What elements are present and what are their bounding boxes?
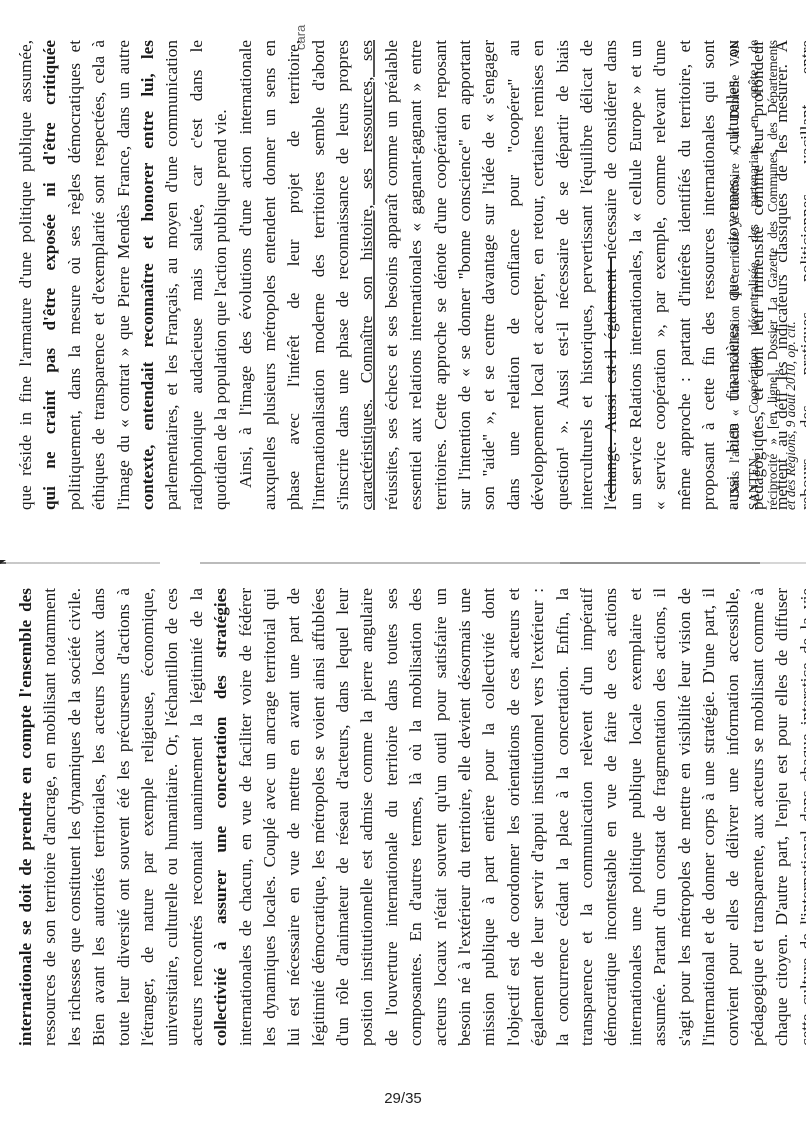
text-line: les dynamiques locales. Couplé avec un a…	[258, 588, 282, 1046]
text-line: mission publique à part entière pour la …	[477, 588, 501, 1046]
text-line: l'objectif est de coordonner les orienta…	[502, 588, 526, 1046]
text-line: chaque citoyen. D'autre part, l'enjeu es…	[770, 588, 794, 1046]
text-line: même approche : partant d'intérêts ident…	[673, 40, 697, 510]
text-line: essentiel aux relations internationales …	[404, 40, 428, 510]
text-line: proposant à cette fin des ressources int…	[697, 40, 721, 510]
text-line: territoires. Cette approche se dénote d'…	[429, 40, 453, 510]
text-line: composantes. En d'autres termes, là où l…	[404, 588, 428, 1046]
text-line: dans une relation de confiance pour "coo…	[502, 40, 526, 510]
text-line: développement local et accepter, en reto…	[526, 40, 550, 510]
text-line: transparence et la communication relèven…	[575, 588, 599, 1046]
fold-marker	[0, 560, 6, 564]
footnote-line: ¹ Dans l'article « Une mobilisation de t…	[726, 40, 745, 510]
text-line: qui ne craint pas d'être exposée ni d'êt…	[38, 40, 62, 510]
page-fold-line	[0, 562, 806, 564]
text-line: assumée. Partant d'un constat de fragmen…	[648, 588, 672, 1046]
text-line: cette culture de l'international dans ch…	[795, 588, 806, 1046]
text-line: pédagogique et transparente, aux acteurs…	[746, 588, 770, 1046]
text-line: auxquelles plusieurs métropoles entenden…	[258, 40, 282, 510]
text-line: éthiques de transparence et d'exemplarit…	[87, 40, 111, 510]
footnote-line: et des Régions, 9 août 2010, op. cit.	[782, 40, 801, 510]
text-line: universitaire, culturelle ou humanitaire…	[160, 588, 184, 1046]
text-line: parlementaires, et les Français, au moye…	[160, 40, 184, 510]
text-line: l'international et de donner corps à une…	[697, 588, 721, 1046]
text-line: acteurs locaux n'était souvent qu'un out…	[429, 588, 453, 1046]
text-line: les richesses que constituent les dynami…	[63, 588, 87, 1046]
text-line: également de leur servir d'appui institu…	[526, 588, 550, 1046]
text-line: convient pour elles de délivrer une info…	[721, 588, 745, 1046]
text-line: l'internationalisation moderne des terri…	[307, 40, 331, 510]
text-line: toute leur diversité ont souvent été les…	[112, 588, 136, 1046]
text-line: la concurrence cédant la place à la conc…	[551, 588, 575, 1046]
text-line: internationales de chacun, en vue de fac…	[234, 588, 258, 1046]
text-line: s'agit pour les métropoles de mettre en …	[673, 588, 697, 1046]
text-line: internationale se doit de prendre en com…	[14, 588, 38, 1046]
text-line: démocratique incontestable en vue de fai…	[599, 588, 623, 1046]
bottom-column: internationale se doit de prendre en com…	[14, 588, 804, 1046]
text-line: « service coopération », par exemple, co…	[648, 40, 672, 510]
text-line: son "aide" », et se centre davantage sur…	[477, 40, 501, 510]
text-line: phase avec l'intérêt de leur projet de t…	[282, 40, 306, 510]
footnote-line: réciprocité » [en ligne], Dossier La Gaz…	[764, 40, 783, 510]
text-line: besoin né à l'extérieur du territoire, e…	[453, 588, 477, 1046]
text-line: s'inscrire dans une phase de reconnaissa…	[331, 40, 355, 510]
text-line: Ainsi, à l'image des évolutions d'une ac…	[234, 40, 258, 510]
text-line: quotidien de la population que l'action …	[209, 40, 233, 510]
text-line: réussites, ses échecs et ses besoins app…	[380, 40, 404, 510]
text-line: un service Relations internationales, la…	[624, 40, 648, 510]
text-line: l'image du « contrat » que Pierre Mendès…	[112, 40, 136, 510]
text-line: politiquement, dans la mesure où ses règ…	[63, 40, 87, 510]
text-line: lui est nécessaire en vue de mettre en a…	[282, 588, 306, 1046]
text-line: légitimité démocratique, les métropoles …	[307, 588, 331, 1046]
text-line: internationales une politique publique l…	[624, 588, 648, 1046]
text-line: radiophonique audacieuse mais saluée, ca…	[185, 40, 209, 510]
page-indicator: 29/35	[0, 1090, 806, 1107]
text-line: interculturels et historiques, pervertis…	[575, 40, 599, 510]
text-line: l'étranger, de nature par exemple religi…	[136, 588, 160, 1046]
text-line: ressources de son territoire d'ancrage, …	[38, 588, 62, 1046]
footnote: ¹ Dans l'article « Une mobilisation de t…	[726, 40, 801, 510]
text-line: caractéristiques. Connaître son histoire…	[355, 40, 379, 510]
text-line: question¹ ». Aussi est-il nécessaire de …	[551, 40, 575, 510]
text-line: position institutionnelle est admise com…	[355, 588, 379, 1046]
footnote-separator	[610, 258, 612, 498]
text-line: Bien avant les autorités territoriales, …	[87, 588, 111, 1046]
text-line: sur l'intention de « se donner "bonne co…	[453, 40, 477, 510]
top-column: que réside in fine l'armature d'une poli…	[14, 40, 784, 510]
text-line: de l'ouverture internationale du territo…	[380, 588, 404, 1046]
text-line: collectivité à assurer une concertation …	[209, 588, 233, 1046]
text-line: contexte, entendait reconnaître et honor…	[136, 40, 160, 510]
text-line: acteurs rencontrés reconnait unanimement…	[185, 588, 209, 1046]
text-line: que réside in fine l'armature d'une poli…	[14, 40, 38, 510]
footnote-line: SANTEN, « Coopération décentralisée, des…	[745, 40, 764, 510]
text-line: d'un rôle d'animateur de réseau d'acteur…	[331, 588, 355, 1046]
